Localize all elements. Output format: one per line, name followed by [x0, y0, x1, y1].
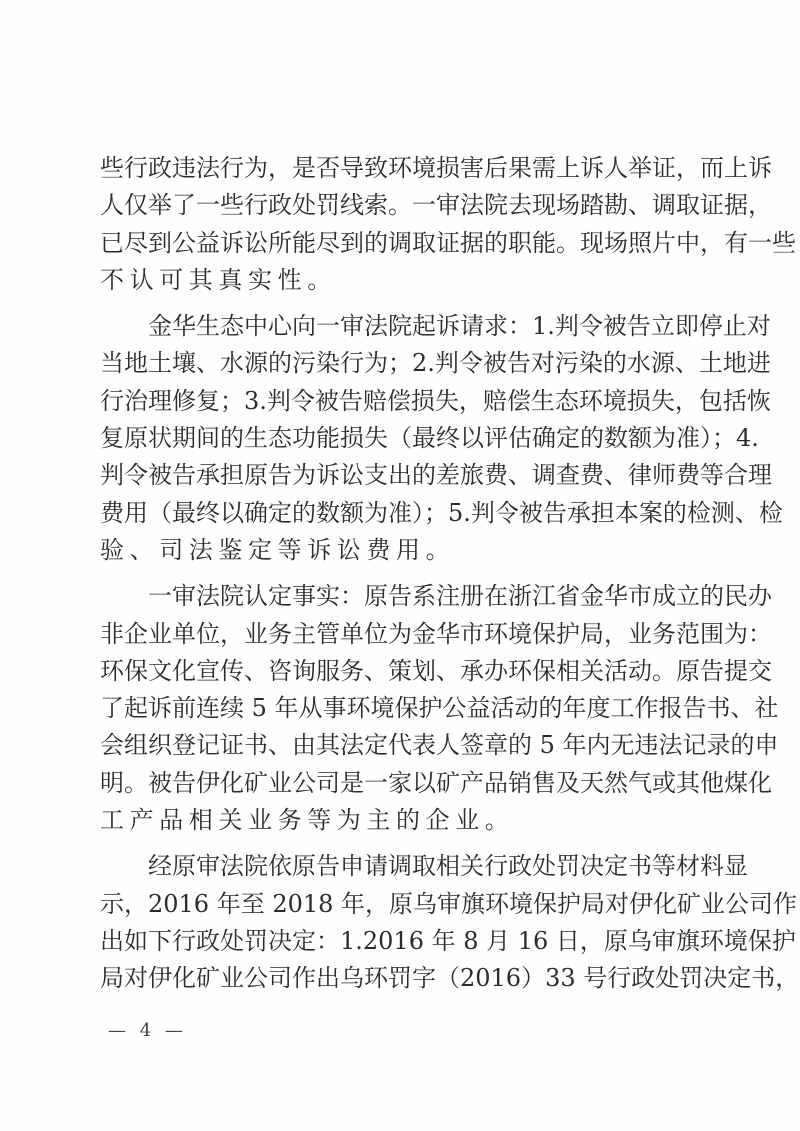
- document-body: 些行政违法行为，是否导致环境损害后果需上诉人举证，而上诉 人仅举了一些行政处罚线…: [100, 150, 710, 998]
- paragraph-3: 一审法院认定事实：原告系注册在浙江省金华市成立的民办 非企业单位，业务主管单位为…: [100, 578, 710, 839]
- text-line: 一审法院认定事实：原告系注册在浙江省金华市成立的民办: [100, 578, 710, 615]
- text-line: 复原状期间的生态功能损失（最终以评估确定的数额为准）；4.: [100, 420, 710, 457]
- text-line: 些行政违法行为，是否导致环境损害后果需上诉人举证，而上诉: [100, 150, 710, 187]
- text-line: 工产品相关业务等为主的企业。: [100, 802, 710, 839]
- text-line: 判令被告承担原告为诉讼支出的差旅费、调查费、律师费等合理: [100, 457, 710, 494]
- text-line: 示，2016 年至 2018 年，原乌审旗环境保护局对伊化矿业公司作: [100, 886, 710, 923]
- text-line: 会组织登记证书、由其法定代表人签章的 5 年内无违法记录的申: [100, 727, 710, 764]
- text-line: 经原审法院依原告申请调取相关行政处罚决定书等材料显: [100, 848, 710, 885]
- paragraph-4: 经原审法院依原告申请调取相关行政处罚决定书等材料显 示，2016 年至 2018…: [100, 848, 710, 997]
- text-line: 已尽到公益诉讼所能尽到的调取证据的职能。现场照片中，有一些: [100, 225, 710, 262]
- paragraph-2: 金华生态中心向一审法院起诉请求：1.判令被告立即停止对 当地土壤、水源的污染行为…: [100, 308, 710, 569]
- paragraph-1: 些行政违法行为，是否导致环境损害后果需上诉人举证，而上诉 人仅举了一些行政处罚线…: [100, 150, 710, 299]
- text-line: 验、司法鉴定等诉讼费用。: [100, 532, 710, 569]
- text-line: 局对伊化矿业公司作出乌环罚字（2016）33 号行政处罚决定书，: [100, 960, 710, 997]
- page-number: — 4 —: [108, 1020, 187, 1041]
- text-line: 不认可其真实性。: [100, 262, 710, 299]
- text-line: 了起诉前连续 5 年从事环境保护公益活动的年度工作报告书、社: [100, 690, 710, 727]
- text-line: 环保文化宣传、咨询服务、策划、承办环保相关活动。原告提交: [100, 653, 710, 690]
- text-line: 费用（最终以确定的数额为准）；5.判令被告承担本案的检测、检: [100, 495, 710, 532]
- text-line: 当地土壤、水源的污染行为；2.判令被告对污染的水源、土地进: [100, 345, 710, 382]
- text-line: 非企业单位，业务主管单位为金华市环境保护局，业务范围为：: [100, 616, 710, 653]
- text-line: 出如下行政处罚决定：1.2016 年 8 月 16 日，原乌审旗环境保护: [100, 923, 710, 960]
- text-line: 人仅举了一些行政处罚线索。一审法院去现场踏勘、调取证据，: [100, 187, 710, 224]
- text-line: 金华生态中心向一审法院起诉请求：1.判令被告立即停止对: [100, 308, 710, 345]
- text-line: 行治理修复；3.判令被告赔偿损失，赔偿生态环境损失，包括恢: [100, 383, 710, 420]
- text-line: 明。被告伊化矿业公司是一家以矿产品销售及天然气或其他煤化: [100, 765, 710, 802]
